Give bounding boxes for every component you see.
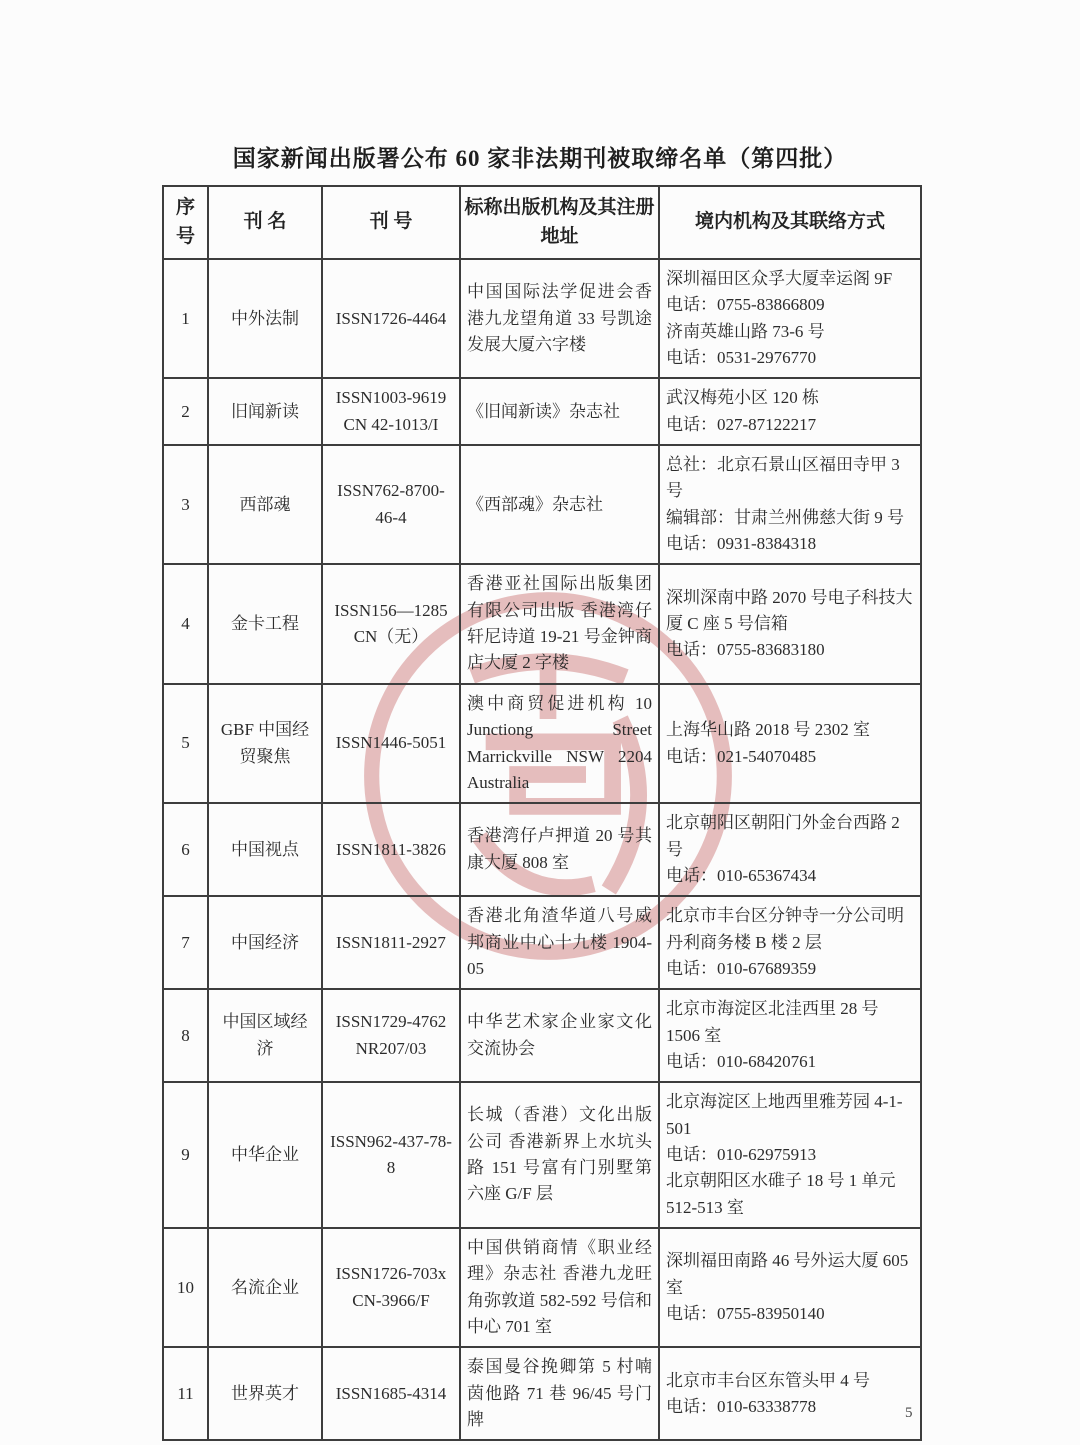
row-number: 4	[163, 564, 208, 683]
issn-number: ISSN156—1285 CN（无）	[322, 564, 460, 683]
issn-number: ISSN1811-3826	[322, 803, 460, 896]
domestic-contact: 北京朝阳区朝阳门外金台西路 2 号 电话：010-65367434	[659, 803, 921, 896]
domestic-contact: 北京市海淀区北洼西里 28 号 1506 室 电话：010-68420761	[659, 989, 921, 1082]
table-row: 4 金卡工程 ISSN156—1285 CN（无） 香港亚社国际出版集团有限公司…	[163, 564, 921, 683]
header-issn: 刊 号	[322, 186, 460, 259]
publication-name: 中国区域经济	[208, 989, 322, 1082]
domestic-contact: 深圳福田南路 46 号外运大厦 605 室 电话：0755-83950140	[659, 1228, 921, 1347]
domestic-contact: 武汉梅苑小区 120 栋 电话：027-87122217	[659, 378, 921, 445]
publication-name: 中华企业	[208, 1082, 322, 1228]
issn-number: ISSN962-437-78-8	[322, 1082, 460, 1228]
claimed-publisher-address: 香港湾仔卢押道 20 号其康大厦 808 室	[460, 803, 659, 896]
claimed-publisher-address: 中华艺术家企业家文化交流协会	[460, 989, 659, 1082]
domestic-contact: 深圳福田区众孚大厦幸运阁 9F 电话：0755-83866809 济南英雄山路 …	[659, 259, 921, 378]
publication-name: 名流企业	[208, 1228, 322, 1347]
issn-number: ISSN1811-2927	[322, 896, 460, 989]
row-number: 8	[163, 989, 208, 1082]
row-number: 10	[163, 1228, 208, 1347]
domestic-contact: 总社：北京石景山区福田寺甲 3 号 编辑部：甘肃兰州佛慈大街 9 号 电话：09…	[659, 445, 921, 564]
row-number: 5	[163, 684, 208, 803]
table-row: 9 中华企业 ISSN962-437-78-8 长城（香港）文化出版公司 香港新…	[163, 1082, 921, 1228]
issn-number: ISSN1446-5051	[322, 684, 460, 803]
publication-name: 世界英才	[208, 1347, 322, 1440]
row-number: 11	[163, 1347, 208, 1440]
publication-name: 金卡工程	[208, 564, 322, 683]
row-number: 1	[163, 259, 208, 378]
claimed-publisher-address: 香港亚社国际出版集团有限公司出版 香港湾仔轩尼诗道 19-21 号金钟商店大厦 …	[460, 564, 659, 683]
claimed-publisher-address: 《西部魂》杂志社	[460, 445, 659, 564]
row-number: 6	[163, 803, 208, 896]
banned-periodicals-table: 序号 刊 名 刊 号 标称出版机构及其注册地址 境内机构及其联络方式 1 中外法…	[162, 185, 922, 1441]
row-number: 3	[163, 445, 208, 564]
table-row: 7 中国经济 ISSN1811-2927 香港北角渣华道八号威邦商业中心十九楼 …	[163, 896, 921, 989]
claimed-publisher-address: 中国供销商情《职业经理》杂志社 香港九龙旺角弥敦道 582-592 号信和中心 …	[460, 1228, 659, 1347]
header-publication-name: 刊 名	[208, 186, 322, 259]
publication-name: 旧闻新读	[208, 378, 322, 445]
domestic-contact: 北京市丰台区东管头甲 4 号 电话：010-63338778	[659, 1347, 921, 1440]
header-claimed-publisher: 标称出版机构及其注册地址	[460, 186, 659, 259]
publication-name: 中国视点	[208, 803, 322, 896]
claimed-publisher-address: 泰国曼谷挽卿第 5 村喃茵他路 71 巷 96/45 号门牌	[460, 1347, 659, 1440]
issn-number: ISSN762-8700-46-4	[322, 445, 460, 564]
table-row: 5 GBF 中国经贸聚焦 ISSN1446-5051 澳中商贸促进机构 10 J…	[163, 684, 921, 803]
table-row: 11 世界英才 ISSN1685-4314 泰国曼谷挽卿第 5 村喃茵他路 71…	[163, 1347, 921, 1440]
scanned-document-page: 国家新闻出版署公布 60 家非法期刊被取缔名单（第四批） 序号 刊 名 刊 号 …	[0, 0, 1080, 1445]
domestic-contact: 深圳深南中路 2070 号电子科技大厦 C 座 5 号信箱 电话：0755-83…	[659, 564, 921, 683]
page-title: 国家新闻出版署公布 60 家非法期刊被取缔名单（第四批）	[0, 140, 1080, 173]
claimed-publisher-address: 澳中商贸促进机构 10 Junctiong Street Marrickvill…	[460, 684, 659, 803]
domestic-contact: 北京市丰台区分钟寺一分公司明丹利商务楼 B 楼 2 层 电话：010-67689…	[659, 896, 921, 989]
publication-name: 中外法制	[208, 259, 322, 378]
publication-name: 中国经济	[208, 896, 322, 989]
domestic-contact: 上海华山路 2018 号 2302 室 电话：021-54070485	[659, 684, 921, 803]
table-row: 1 中外法制 ISSN1726-4464 中国国际法学促进会香港九龙望角道 33…	[163, 259, 921, 378]
table-row: 3 西部魂 ISSN762-8700-46-4 《西部魂》杂志社 总社：北京石景…	[163, 445, 921, 564]
claimed-publisher-address: 《旧闻新读》杂志社	[460, 378, 659, 445]
claimed-publisher-address: 香港北角渣华道八号威邦商业中心十九楼 1904-05	[460, 896, 659, 989]
issn-number: ISSN1685-4314	[322, 1347, 460, 1440]
domestic-contact: 北京海淀区上地西里雅芳园 4-1-501 电话：010-62975913 北京朝…	[659, 1082, 921, 1228]
publication-name: GBF 中国经贸聚焦	[208, 684, 322, 803]
table-row: 8 中国区域经济 ISSN1729-4762 NR207/03 中华艺术家企业家…	[163, 989, 921, 1082]
claimed-publisher-address: 长城（香港）文化出版公司 香港新界上水坑头路 151 号富有门别墅第六座 G/F…	[460, 1082, 659, 1228]
table-row: 10 名流企业 ISSN1726-703x CN-3966/F 中国供销商情《职…	[163, 1228, 921, 1347]
row-number: 2	[163, 378, 208, 445]
issn-number: ISSN1003-9619 CN 42-1013/I	[322, 378, 460, 445]
claimed-publisher-address: 中国国际法学促进会香港九龙望角道 33 号凯途发展大厦六字楼	[460, 259, 659, 378]
row-number: 7	[163, 896, 208, 989]
row-number: 9	[163, 1082, 208, 1228]
table-row: 2 旧闻新读 ISSN1003-9619 CN 42-1013/I 《旧闻新读》…	[163, 378, 921, 445]
issn-number: ISSN1726-4464	[322, 259, 460, 378]
issn-number: ISSN1729-4762 NR207/03	[322, 989, 460, 1082]
header-domestic-contact: 境内机构及其联络方式	[659, 186, 921, 259]
publication-name: 西部魂	[208, 445, 322, 564]
table-row: 6 中国视点 ISSN1811-3826 香港湾仔卢押道 20 号其康大厦 80…	[163, 803, 921, 896]
issn-number: ISSN1726-703x CN-3966/F	[322, 1228, 460, 1347]
header-seq-number: 序号	[163, 186, 208, 259]
table-header-row: 序号 刊 名 刊 号 标称出版机构及其注册地址 境内机构及其联络方式	[163, 186, 921, 259]
